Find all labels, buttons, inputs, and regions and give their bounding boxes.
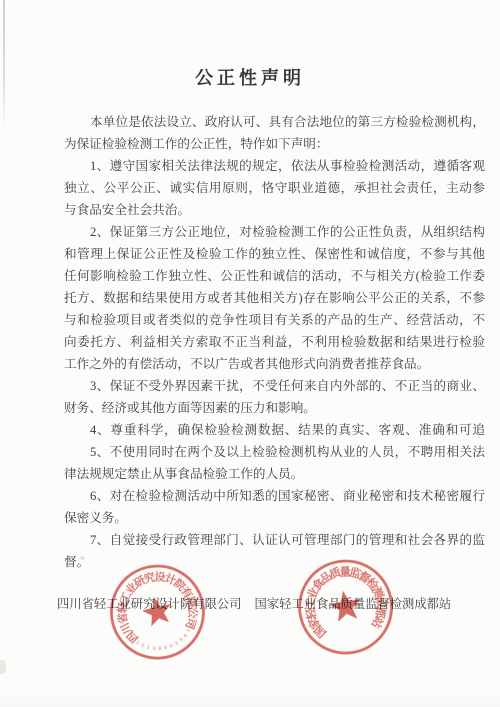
svg-text:1: 1 <box>146 645 150 652</box>
svg-text:0: 0 <box>164 645 168 652</box>
body-line: 1、遵守国家相关法律法规的规定，依法从事检验检测活动，遵循客观 <box>64 155 485 177</box>
scan-shading-bottom <box>0 691 500 707</box>
body-line: 为保证检验检测工作的公正性，特作如下声明： <box>64 133 485 155</box>
svg-text:3: 3 <box>174 640 180 647</box>
body-line: 工作之外的有偿活动，不以广告或者其他形式向消费者推荐食品。 <box>64 353 485 375</box>
body-line: 托方、数据和结果使用方或者其他相关方)存在影响公平公正的关系，不参 <box>64 287 485 309</box>
body-line: 财务、经济或其他方面等因素的压力和影响。 <box>64 397 485 419</box>
body-line: 6、对在检验检测活动中所知悉的国家秘密、商业秘密和技术秘密履行 <box>64 485 485 507</box>
body-line: 本单位是依法设立、政府认可、具有合法地位的第三方检验检测机构， <box>64 111 485 133</box>
svg-text:0: 0 <box>140 643 145 650</box>
body-line: 5、不使用同时在两个及以上检验检测机构从业的人员，不聘用相关法 <box>64 441 485 463</box>
body-line: 向委托方、利益相关方索取不正当利益，不利用检验数据和结果进行检验 <box>64 331 485 353</box>
scan-smudge <box>0 660 6 674</box>
body-line: 与食品安全社会共治。 <box>64 199 485 221</box>
body-line: 与和检验项目或者类似的竞争性项目有关系的产品的生产、经营活动，不 <box>64 309 485 331</box>
body-line: 7、自觉接受行政管理部门、认证认可管理部门的管理和社会各界的监 <box>64 529 485 551</box>
svg-text:4: 4 <box>182 633 189 639</box>
svg-text:0: 0 <box>152 646 156 652</box>
body-line: 保密义务。 <box>64 507 485 529</box>
statement-body: 本单位是依法设立、政府认可、具有合法地位的第三方检验检测机构，为保证检验检测工作… <box>64 111 485 573</box>
svg-text:5: 5 <box>178 637 184 644</box>
body-line: 和管理上保证公正性及检验工作的独立性、保密性和诚信度，不参与其他 <box>64 243 485 265</box>
scan-shading-top <box>0 34 500 60</box>
body-line: 3、保证不受外界因素干扰，不受任何来自内外部的、不正当的商业、 <box>64 375 485 397</box>
star-icon <box>140 594 175 628</box>
document-title: 公正性声明 <box>0 64 500 90</box>
svg-text:0: 0 <box>169 643 174 650</box>
company-seal-right-icon: 国家轻工业食品质量监督检测成都站 <box>283 544 410 675</box>
scanned-document-page: 公正性声明 本单位是依法设立、政府认可、具有合法地位的第三方检验检测机构，为保证… <box>0 0 500 707</box>
body-line: 独立、公平公正、诚实信用原则，恪守职业道德，承担社会责任，主动参 <box>64 177 485 199</box>
star-icon <box>328 588 364 622</box>
body-line: 律法规规定禁止从事食品检验工作的人员。 <box>64 463 485 485</box>
body-line: 4、尊重科学，确保检验检测数据、结果的真实、客观、准确和可追溯。 <box>64 419 485 441</box>
body-line: 任何影响检验工作独立性、公正性和诚信的活动，不与相关方(检验工作委 <box>64 265 485 287</box>
svg-text:8: 8 <box>158 646 161 652</box>
body-line: 2、保证第三方公正地位，对检验检测工作的公正性负责，从组织结构 <box>64 221 485 243</box>
